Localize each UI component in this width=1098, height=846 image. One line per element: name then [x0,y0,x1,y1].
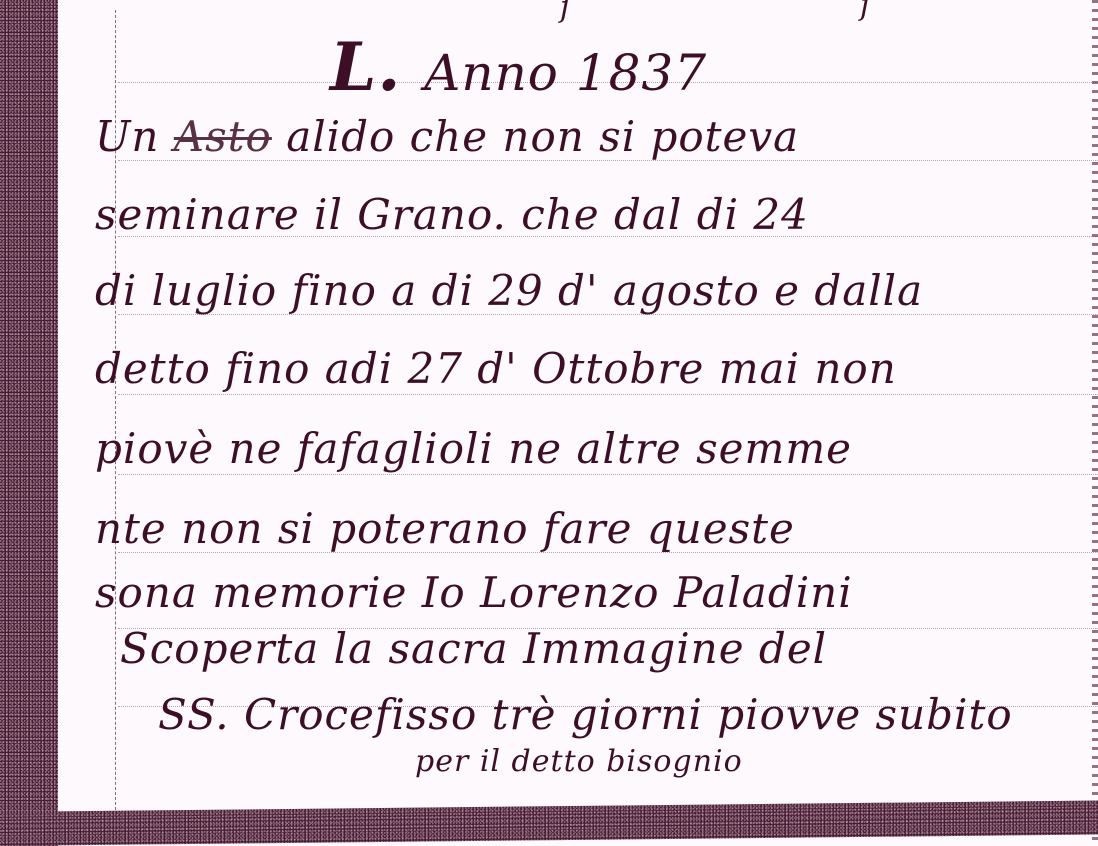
scan-background-left [0,0,58,846]
line-text: Un [95,112,174,161]
manuscript-line-3: di luglio fino a di 29 d' agosto e dalla [95,266,923,315]
struck-word: Asto [174,112,272,161]
manuscript-line-1: Un Asto alido che non si poteva [95,112,799,161]
manuscript-line-2: seminare il Grano. che dal di 24 [95,190,809,239]
manuscript-line-10: per il detto bisognio [415,744,743,779]
title-year: Anno 1837 [424,44,707,102]
line-text: alido che non si poteva [272,112,799,161]
manuscript-line-4: detto fino adi 27 d' Ottobre mai non [95,344,897,393]
scan-background-right-edge [1092,0,1098,846]
manuscript-line-8: Scoperta la sacra Immagine del [120,624,827,673]
manuscript-line-9: SS. Crocefisso trè giorni piovve subito [158,690,1013,739]
ruling-line [118,394,1098,395]
page-title: L. Anno 1837 [330,28,707,106]
manuscript-line-7: sona memorie Io Lorenzo Paladini [95,568,853,617]
top-fragment: ſ [560,0,571,25]
top-fragment: ſ [860,0,871,23]
ruling-line [118,474,1098,475]
manuscript-line-6: nte non si poterano fare queste [95,504,795,553]
manuscript-line-5: piovè ne fafaglioli ne altre semme [95,424,852,473]
title-initial: L. [330,28,401,106]
